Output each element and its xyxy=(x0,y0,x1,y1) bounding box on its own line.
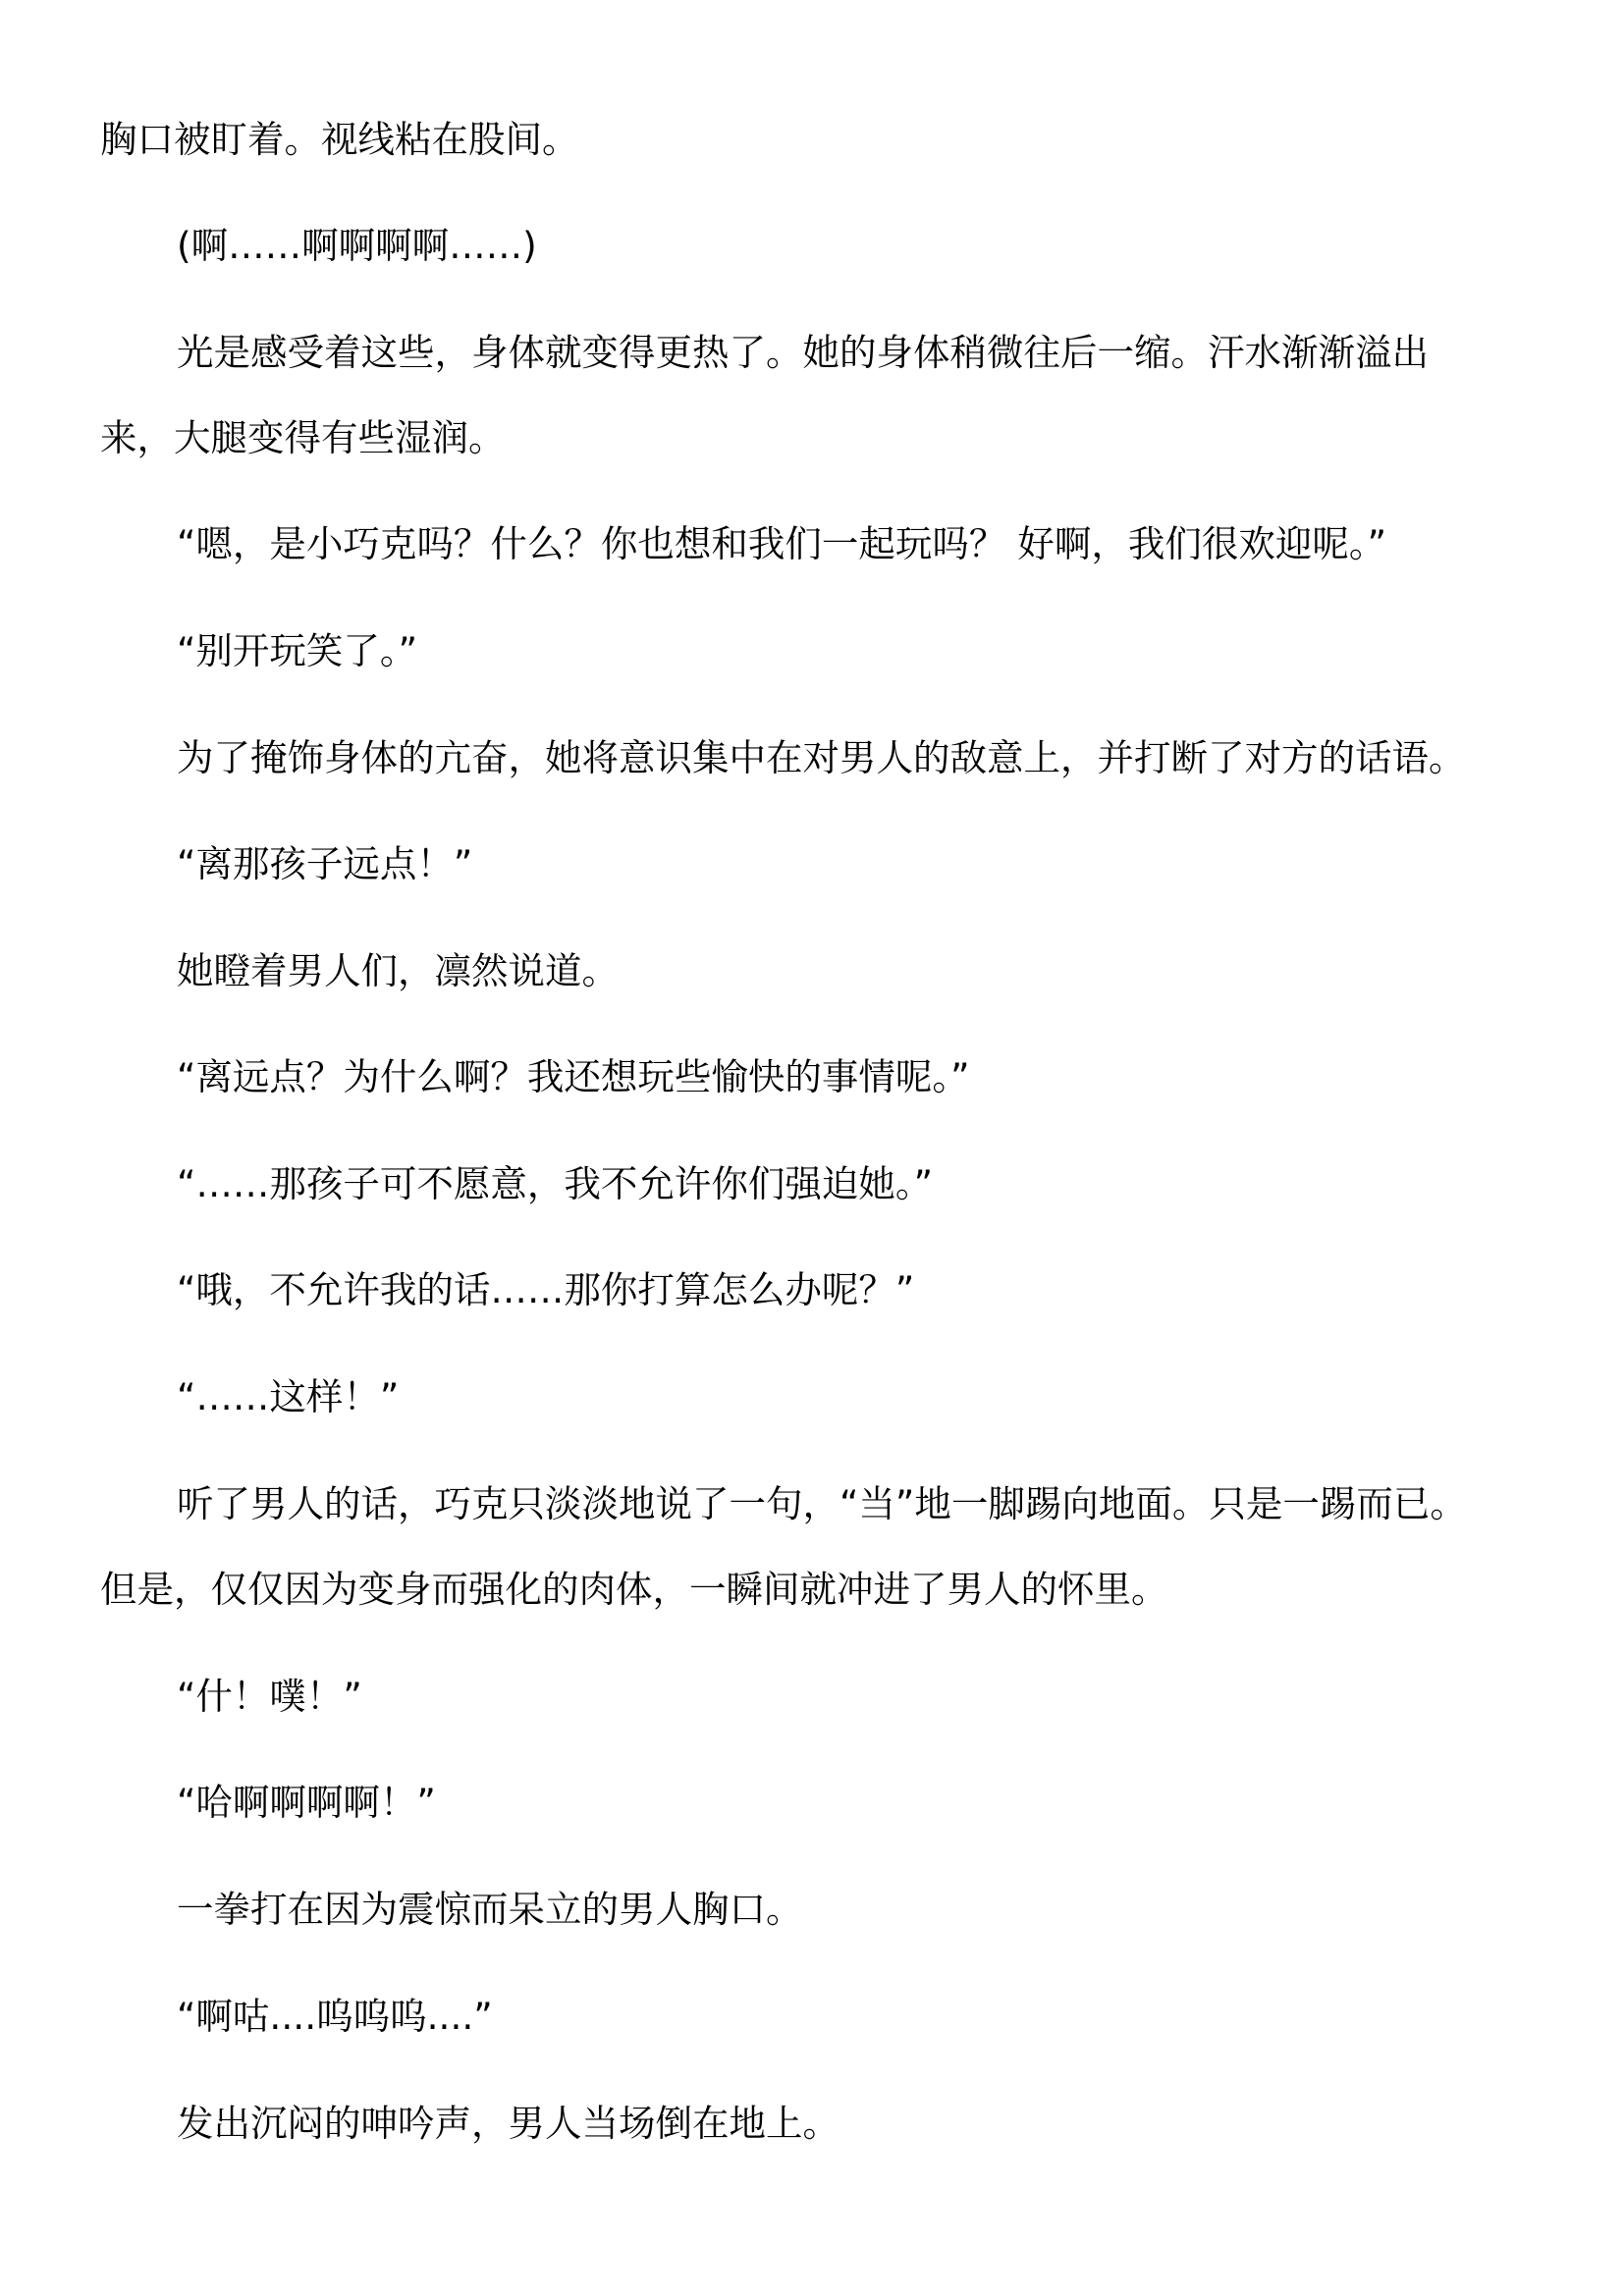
paragraph-line: 听了男人的话，巧克只淡淡地说了一句，“当”地一脚踢向地面。只是一踢而已。 xyxy=(177,1482,1467,1525)
paragraph-line: “什！噗！” xyxy=(177,1675,362,1718)
paragraph-line: “……这样！” xyxy=(177,1375,399,1418)
paragraph-line: (啊……啊啊啊啊……) xyxy=(177,224,537,267)
paragraph-line: 来，大腿变得有些湿润。 xyxy=(100,416,506,459)
paragraph-line: “别开玩笑了。” xyxy=(177,629,417,672)
paragraph-line: 发出沉闷的呻吟声，男人当场倒在地上。 xyxy=(177,2102,839,2145)
paragraph-line: 光是感受着这些，身体就变得更热了。她的身体稍微往后一缩。汗水渐渐溢出 xyxy=(177,331,1429,374)
paragraph-line: “哈啊啊啊啊！” xyxy=(177,1781,436,1824)
paragraph-line: “嗯，是小巧克吗？什么？你也想和我们一起玩吗？ 好啊，我们很欢迎呢。” xyxy=(177,522,1386,565)
paragraph-line: 但是，仅仅因为变身而强化的肉体，一瞬间就冲进了男人的怀里。 xyxy=(100,1568,1168,1611)
paragraph-line: “离远点？为什么啊？我还想玩些愉快的事情呢。” xyxy=(177,1055,970,1098)
document-page: 胸口被盯着。视线粘在股间。 (啊……啊啊啊啊……) 光是感受着这些，身体就变得更… xyxy=(0,0,1624,2296)
paragraph-line: “……那孩子可不愿意，我不允许你们强迫她。” xyxy=(177,1162,933,1205)
paragraph-line: 为了掩饰身体的亢奋，她将意识集中在对男人的敌意上，并打断了对方的话语。 xyxy=(177,736,1466,779)
paragraph-line: 胸口被盯着。视线粘在股间。 xyxy=(100,118,579,161)
paragraph-line: “哦，不允许我的话……那你打算怎么办呢？” xyxy=(177,1268,914,1311)
paragraph-line: “离那孩子远点！” xyxy=(177,842,472,885)
paragraph-line: “啊咕....呜呜呜....” xyxy=(177,1995,493,2038)
paragraph-line: 一拳打在因为震惊而呆立的男人胸口。 xyxy=(177,1888,803,1931)
paragraph-line: 她瞪着男人们，凛然说道。 xyxy=(177,949,619,992)
